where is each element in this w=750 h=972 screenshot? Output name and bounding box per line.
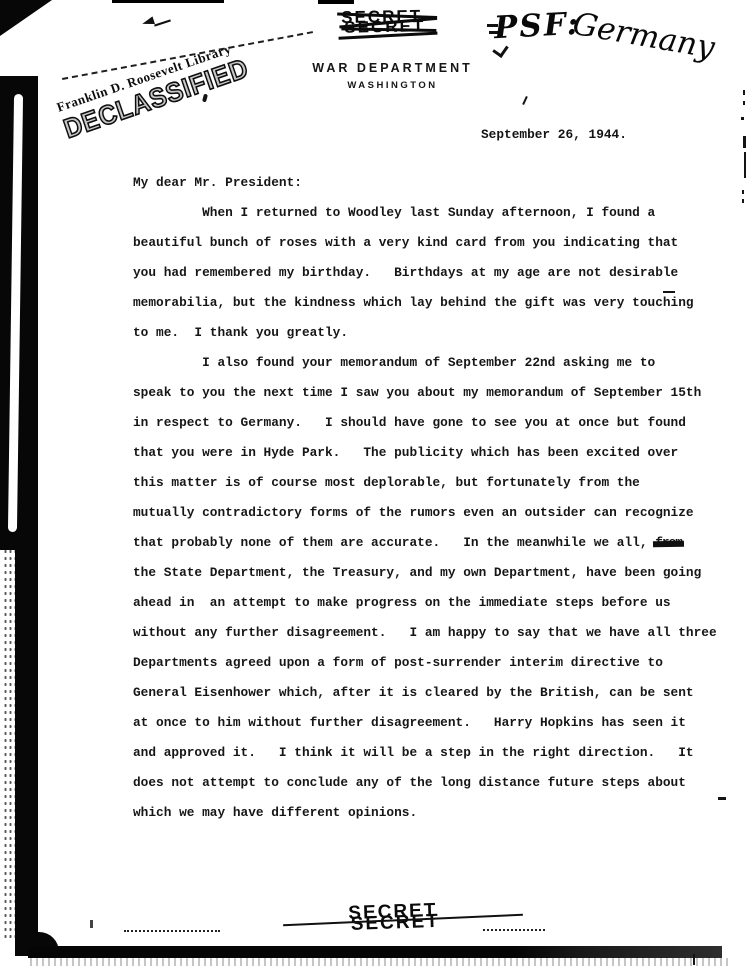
letter-line: that probably none of them are accurate.… <box>133 532 717 562</box>
scan-speck <box>663 291 675 293</box>
scan-dotted-mark <box>483 929 545 931</box>
scan-speck <box>693 954 695 965</box>
letter-line: ahead in an attempt to make progress on … <box>133 592 717 622</box>
letter-line: you had remembered my birthday. Birthday… <box>133 262 717 292</box>
letter-line: mutually contradictory forms of the rumo… <box>133 502 717 532</box>
scan-bottom-noise <box>30 958 730 966</box>
scan-bottom-edge <box>28 946 722 958</box>
letter-line: to me. I thank you greatly. <box>133 322 717 352</box>
letter-date: September 26, 1944. <box>481 127 627 142</box>
scan-speck <box>522 96 528 105</box>
scan-speck-right-edge <box>742 199 744 203</box>
letter-line: that you were in Hyde Park. The publicit… <box>133 442 717 472</box>
letter-line: My dear Mr. President: <box>133 172 717 202</box>
struck-word: from <box>655 535 682 550</box>
letter-line: speak to you the next time I saw you abo… <box>133 382 717 412</box>
letter-line: which we may have different opinions. <box>133 802 717 832</box>
binding-edge-speckle <box>3 548 16 940</box>
scan-speck-right-edge <box>718 797 726 800</box>
letter-line: General Eisenhower which, after it is cl… <box>133 682 717 712</box>
letter-line: does not attempt to conclude any of the … <box>133 772 717 802</box>
letter-body: My dear Mr. President: When I returned t… <box>133 172 717 832</box>
scan-dotted-mark <box>124 930 220 932</box>
scan-top-edge-mark <box>318 0 354 4</box>
scan-speck <box>90 920 93 928</box>
letterhead: WAR DEPARTMENT WASHINGTON <box>305 61 480 91</box>
letter-line: When I returned to Woodley last Sunday a… <box>133 202 717 232</box>
scan-top-edge-mark <box>112 0 224 3</box>
letter-line: this matter is of course most deplorable… <box>133 472 717 502</box>
letter-line: beautiful bunch of roses with a very kin… <box>133 232 717 262</box>
letter-line: in respect to Germany. I should have gon… <box>133 412 717 442</box>
pencil-arrow-mark <box>141 16 155 27</box>
pencil-arrow-tail <box>154 19 171 26</box>
letter-line: memorabilia, but the kindness which lay … <box>133 292 717 322</box>
letter-line: Departments agreed upon a form of post-s… <box>133 652 717 682</box>
scan-speck <box>202 94 208 103</box>
letter-line: I also found your memorandum of Septembe… <box>133 352 717 382</box>
declassified-stamp: Franklin D. Roosevelt Library DECLASSIFI… <box>55 32 269 145</box>
letter-line: and approved it. I think it will be a st… <box>133 742 717 772</box>
scan-speck-right-edge <box>741 117 744 120</box>
scan-speck-right-edge <box>743 136 746 148</box>
scan-speck-right-edge <box>744 152 746 178</box>
letter-line: at once to him without further disagreem… <box>133 712 717 742</box>
binding-edge-lower <box>15 545 38 945</box>
scan-speck-right-edge <box>743 101 745 105</box>
secret-stamp-text-offset: SECRET <box>350 911 440 936</box>
scan-speck-right-edge <box>742 190 744 194</box>
letter-line: without any further disagreement. I am h… <box>133 622 717 652</box>
scanned-letter-page: SECRET SECRET Franklin D. Roosevelt Libr… <box>0 0 750 972</box>
letter-line: the State Department, the Treasury, and … <box>133 562 717 592</box>
filing-note-word: Germany <box>570 6 717 66</box>
scan-speck-right-edge <box>743 90 745 95</box>
filing-note-prefix: PSF: <box>493 6 581 46</box>
scan-corner-shadow <box>0 0 52 36</box>
letterhead-department: WAR DEPARTMENT <box>305 61 480 75</box>
letterhead-city: WASHINGTON <box>305 80 480 91</box>
